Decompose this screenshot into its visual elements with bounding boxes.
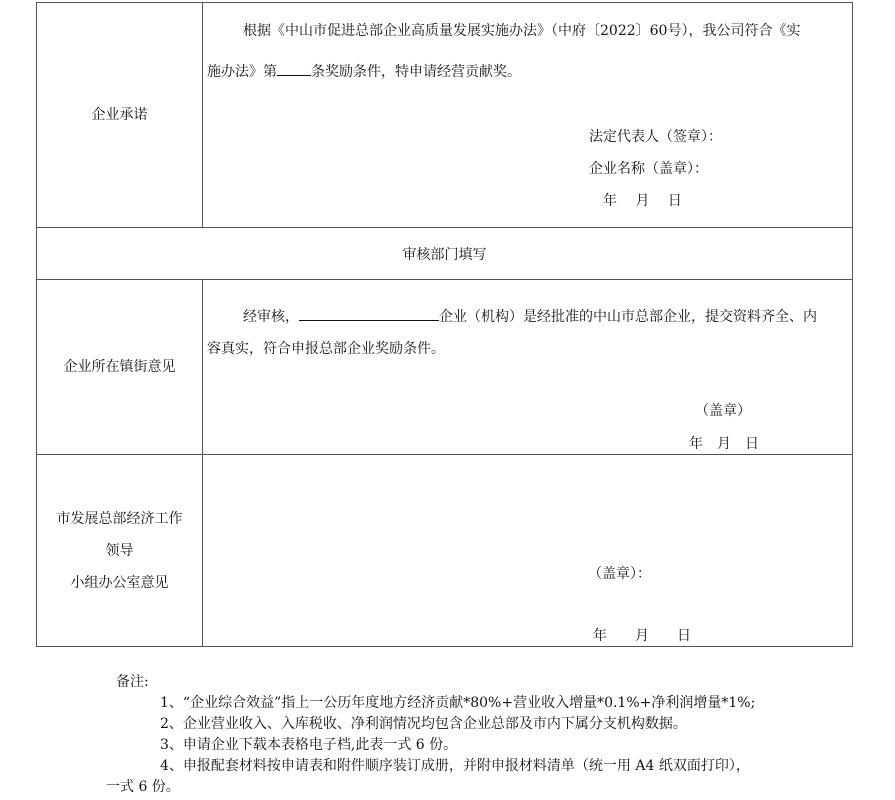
- town-opinion-content-cell: 经审核，企业（机构）是经批准的中山市总部企业，提交资料齐全、内 容真实，符合申报…: [203, 280, 853, 455]
- town-opinion-label-cell: 企业所在镇街意见: [37, 280, 203, 455]
- application-form-table: 企业承诺 根据《中山市促进总部企业高质量发展实施办法》（中府〔2022〕60号）…: [36, 2, 853, 647]
- company-name-field[interactable]: [299, 306, 439, 321]
- commitment-content-cell: 根据《中山市促进总部企业高质量发展实施办法》（中府〔2022〕60号），我公司符…: [203, 3, 853, 228]
- town-opinion-line2: 容真实，符合申报总部企业奖励条件。: [207, 333, 445, 365]
- review-header-row: 审核部门填写: [37, 228, 853, 280]
- company-name-seal: 企业名称（盖章）：: [589, 153, 708, 185]
- office-opinion-label-line1: 市发展总部经济工作: [37, 503, 202, 535]
- town-opinion-row: 企业所在镇街意见 经审核，企业（机构）是经批准的中山市总部企业，提交资料齐全、内…: [37, 280, 853, 455]
- town-opinion-label: 企业所在镇街意见: [37, 351, 202, 383]
- commitment-paragraph: 根据《中山市促进总部企业高质量发展实施办法》（中府〔2022〕60号），我公司符…: [207, 15, 844, 47]
- office-opinion-label-line2: 领导: [37, 535, 202, 567]
- office-opinion-content-cell: （盖章）： 年 月 日: [203, 455, 853, 647]
- town-opinion-prefix: 经审核，: [243, 309, 299, 325]
- legal-representative-signature: 法定代表人（签章）：: [589, 121, 722, 153]
- article-number-field[interactable]: [277, 61, 311, 76]
- town-opinion-suffix: 企业（机构）是经批准的中山市总部企业，提交资料齐全、内: [439, 309, 817, 325]
- note-item-2: 2、企业营业收入、入库税收、净利润情况均包含企业总部及市内下属分支机构数据。: [116, 714, 836, 735]
- commitment-row: 企业承诺 根据《中山市促进总部企业高质量发展实施办法》（中府〔2022〕60号）…: [37, 3, 853, 228]
- commitment-label: 企业承诺: [37, 99, 202, 131]
- review-header-text: 审核部门填写: [403, 247, 487, 263]
- office-opinion-label-line3: 小组办公室意见: [37, 567, 202, 599]
- commitment-label-cell: 企业承诺: [37, 3, 203, 228]
- review-header-cell: 审核部门填写: [37, 228, 853, 280]
- note-item-3: 3、申请企业下载本表格电子档,此表一式 6 份。: [116, 735, 836, 756]
- office-date: 年 月 日: [593, 620, 691, 652]
- office-seal: （盖章）：: [588, 558, 651, 590]
- commitment-text-line1: 根据《中山市促进总部企业高质量发展实施办法》（中府〔2022〕60号），我公司符…: [243, 23, 800, 39]
- commitment-text-suffix: 条奖励条件，特申请经营贡献奖。: [311, 64, 521, 80]
- note-item-4-continuation: 一式 6 份。: [106, 777, 836, 798]
- office-opinion-row: 市发展总部经济工作 领导 小组办公室意见 （盖章）： 年 月 日: [37, 455, 853, 647]
- commitment-line2: 施办法》第条奖励条件，特申请经营贡献奖。: [207, 56, 521, 88]
- notes-section: 备注: 1、“企业综合效益”指上一公历年度地方经济贡献*80%+营业收入增量*0…: [116, 672, 836, 798]
- notes-title: 备注:: [116, 672, 836, 693]
- office-opinion-label-cell: 市发展总部经济工作 领导 小组办公室意见: [37, 455, 203, 647]
- town-seal: （盖章）: [695, 395, 751, 427]
- note-item-1: 1、“企业综合效益”指上一公历年度地方经济贡献*80%+营业收入增量*0.1%+…: [116, 693, 836, 714]
- note-item-4: 4、申报配套材料按申请表和附件顺序装订成册，并附申报材料清单（统一用 A4 纸双…: [116, 756, 836, 777]
- town-opinion-line1: 经审核，企业（机构）是经批准的中山市总部企业，提交资料齐全、内: [243, 301, 817, 333]
- commitment-date: 年 月 日: [603, 185, 682, 217]
- commitment-text-prefix: 施办法》第: [207, 64, 277, 80]
